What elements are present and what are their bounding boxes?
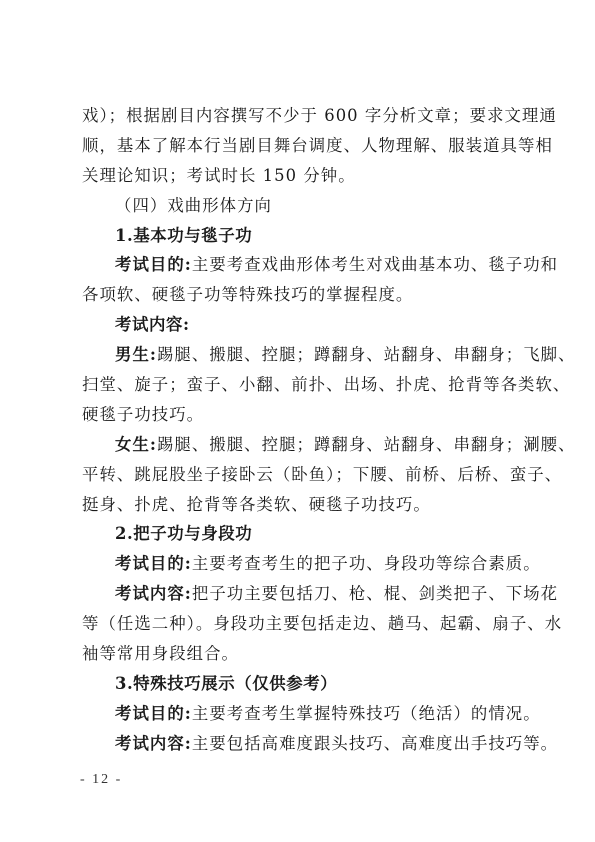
content-line: 考试内容:把子功主要包括刀、枪、棍、剑类把子、下场花 bbox=[82, 579, 518, 609]
section-title: （四）戏曲形体方向 bbox=[82, 191, 518, 221]
page-number: - 12 - bbox=[80, 772, 122, 788]
male-line: 男生:踢腿、搬腿、控腿；蹲翻身、站翻身、串翻身；飞脚、 bbox=[82, 340, 518, 370]
male-line: 硬毯子功技巧。 bbox=[82, 400, 518, 430]
content-label: 考试内容: bbox=[82, 310, 518, 340]
male-label: 男生: bbox=[115, 345, 157, 364]
female-label: 女生: bbox=[115, 435, 157, 454]
content-line: 等（任选二种）。身段功主要包括走边、趟马、起霸、扇子、水 bbox=[82, 609, 518, 639]
content-line: 考试内容:主要包括高难度跟头技巧、高难度出手技巧等。 bbox=[82, 729, 518, 759]
male-line: 扫堂、旋子；蛮子、小翻、前扑、出场、扑虎、抢背等各类软、 bbox=[82, 370, 518, 400]
purpose-line: 考试目的:主要考查戏曲形体考生对戏曲基本功、毯子功和 bbox=[82, 250, 518, 280]
item-heading: 2.把子功与身段功 bbox=[82, 519, 518, 549]
purpose-label: 考试目的: bbox=[115, 255, 192, 274]
paragraph-line: 顺，基本了解本行当剧目舞台调度、人物理解、服装道具等相 bbox=[82, 131, 518, 161]
female-line: 挺身、扑虎、抢背等各类软、硬毯子功技巧。 bbox=[82, 490, 518, 520]
female-line: 女生:踢腿、搬腿、控腿；蹲翻身、站翻身、串翻身；涮腰、 bbox=[82, 430, 518, 460]
purpose-line: 考试目的:主要考查考生的把子功、身段功等综合素质。 bbox=[82, 549, 518, 579]
purpose-label: 考试目的: bbox=[115, 554, 192, 573]
document-body: 戏）；根据剧目内容撰写不少于 600 字分析文章；要求文理通 顺，基本了解本行当… bbox=[82, 101, 518, 759]
item-heading: 1.基本功与毯子功 bbox=[82, 221, 518, 251]
item-heading: 3.特殊技巧展示（仅供参考） bbox=[82, 669, 518, 699]
paragraph-line: 关理论知识；考试时长 150 分钟。 bbox=[82, 161, 518, 191]
paragraph-line: 戏）；根据剧目内容撰写不少于 600 字分析文章；要求文理通 bbox=[82, 101, 518, 131]
purpose-line: 考试目的:主要考查考生掌握特殊技巧（绝活）的情况。 bbox=[82, 699, 518, 729]
purpose-line: 各项软、硬毯子功等特殊技巧的掌握程度。 bbox=[82, 280, 518, 310]
purpose-label: 考试目的: bbox=[115, 704, 192, 723]
content-label: 考试内容: bbox=[115, 584, 192, 603]
content-line: 袖等常用身段组合。 bbox=[82, 639, 518, 669]
female-line: 平转、跳屁股坐子接卧云（卧鱼）；下腰、前桥、后桥、蛮子、 bbox=[82, 460, 518, 490]
content-label: 考试内容: bbox=[115, 734, 192, 753]
